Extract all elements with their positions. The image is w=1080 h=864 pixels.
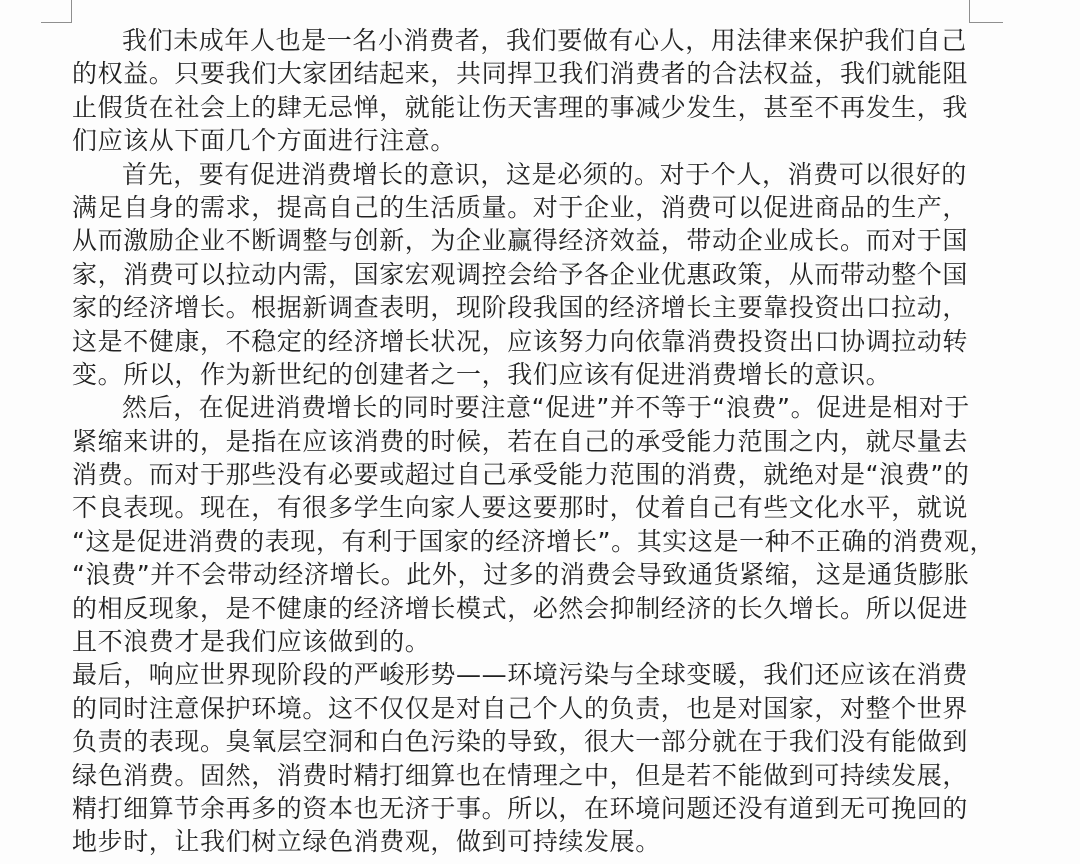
text-line: 家，消费可以拉动内需，国家宏观调控会给予各企业优惠政策，从而带动整个国 [72,258,1007,291]
margin-crop-mark-top-right-icon [969,0,1003,23]
text-line: 且不浪费才是我们应该做到的。 [72,625,1007,658]
text-line: 的相反现象，是不健康的经济增长模式，必然会抑制经济的长久增长。所以促进 [72,592,1007,625]
text-line: 我们未成年人也是一名小消费者，我们要做有心人，用法律来保护我们自己 [72,24,1007,57]
text-line: 最后，响应世界现阶段的严峻形势——环境污染与全球变暖，我们还应该在消费 [72,658,1007,691]
text-line: 从而激励企业不断调整与创新，为企业赢得经济效益，带动企业成长。而对于国 [72,224,1007,257]
text-line: 精打细算节余再多的资本也无济于事。所以，在环境问题还没有道到无可挽回的 [72,792,1007,825]
text-line: 的权益。只要我们大家团结起来，共同捍卫我们消费者的合法权益，我们就能阻 [72,57,1007,90]
text-line: 紧缩来讲的，是指在应该消费的时候，若在自己的承受能力范围之内，就尽量去 [72,425,1007,458]
text-line: 然后，在促进消费增长的同时要注意“促进”并不等于“浪费”。促进是相对于 [72,391,1007,424]
text-line: 家的经济增长。根据新调查表明，现阶段我国的经济增长主要靠投资出口拉动， [72,291,1007,324]
text-line: 们应该从下面几个方面进行注意。 [72,124,1007,157]
text-line: 变。所以，作为新世纪的创建者之一，我们应该有促进消费增长的意识。 [72,358,1007,391]
text-line: 满足自身的需求，提高自己的生活质量。对于企业，消费可以促进商品的生产， [72,191,1007,224]
text-line: 绿色消费。固然，消费时精打细算也在情理之中，但是若不能做到可持续发展， [72,759,1007,792]
document-page: 我们未成年人也是一名小消费者，我们要做有心人，用法律来保护我们自己的权益。只要我… [0,0,1080,864]
text-line: “浪费”并不会带动经济增长。此外，过多的消费会导致通货紧缩，这是通货膨胀 [72,558,1007,591]
text-line: 这是不健康，不稳定的经济增长状况，应该努力向依靠消费投资出口协调拉动转 [72,325,1007,358]
text-line: 消费。而对于那些没有必要或超过自己承受能力范围的消费，就绝对是“浪费”的 [72,458,1007,491]
text-line: 的同时注意保护环境。这不仅仅是对自己个人的负责，也是对国家，对整个世界 [72,692,1007,725]
text-line: “这是促进消费的表现，有利于国家的经济增长”。其实这是一种不正确的消费观， [72,525,1007,558]
text-line: 负责的表现。臭氧层空洞和白色污染的导致，很大一部分就在于我们没有能做到 [72,725,1007,758]
text-line: 地步时，让我们树立绿色消费观，做到可持续发展。 [72,825,1007,858]
margin-crop-mark-top-left-icon [41,0,72,23]
essay-body: 我们未成年人也是一名小消费者，我们要做有心人，用法律来保护我们自己的权益。只要我… [72,24,1007,859]
text-line: 不良表现。现在，有很多学生向家人要这要那时，仗着自己有些文化水平，就说 [72,491,1007,524]
text-line: 首先，要有促进消费增长的意识，这是必须的。对于个人，消费可以很好的 [72,158,1007,191]
text-line: 止假货在社会上的肆无忌惮，就能让伤天害理的事减少发生，甚至不再发生，我 [72,91,1007,124]
